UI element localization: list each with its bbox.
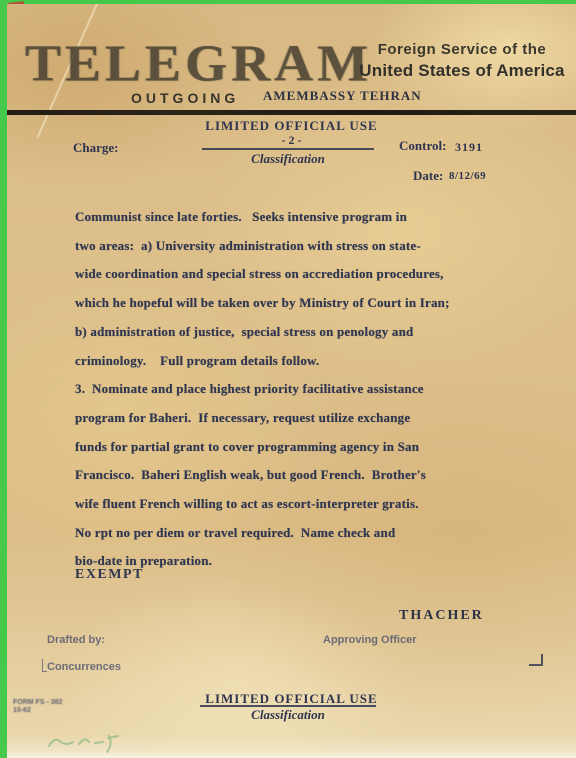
service-line-1: Foreign Service of the: [349, 40, 575, 60]
approving-officer-label: Approving Officer: [323, 634, 417, 646]
control-number: 3191: [455, 140, 483, 155]
body-line: two areas: a) University administration …: [75, 232, 545, 261]
classification-block-top: LIMITED OFFICIAL USE - 2 -: [179, 118, 404, 148]
body-line: bio-date in preparation.: [75, 547, 545, 576]
service-line-2: United States of America: [349, 60, 575, 82]
drafted-by-label: Drafted by:: [47, 634, 105, 646]
telegram-scan-page: TELEGRAM Foreign Service of the United S…: [0, 0, 576, 758]
concurrences-label: Concurrences: [47, 661, 121, 673]
classification-caption-top: Classification: [202, 151, 374, 167]
body-line: No rpt no per diem or travel required. N…: [75, 519, 545, 548]
body-line: criminology. Full program details follow…: [75, 347, 545, 376]
body-line: program for Baheri. If necessary, reques…: [75, 404, 545, 433]
origin-embassy-label: AMEMBASSY TEHRAN: [263, 88, 422, 104]
body-line: Communist since late forties. Seeks inte…: [75, 203, 545, 232]
signature-name: THACHER: [399, 608, 484, 624]
body-line: wide coordination and special stress on …: [75, 260, 545, 289]
date-value: 8/12/69: [449, 170, 486, 182]
direction-label: OUTGOING: [131, 90, 239, 106]
body-line: which he hopeful will be taken over by M…: [75, 289, 545, 318]
body-line: funds for partial grant to cover program…: [75, 433, 545, 462]
exempt-stamp: EXEMPT: [75, 567, 144, 583]
charge-label: Charge:: [73, 140, 119, 156]
telegram-paper: TELEGRAM Foreign Service of the United S…: [7, 4, 576, 758]
corner-crop-mark: [529, 654, 543, 666]
date-label: Date:: [413, 168, 443, 184]
header-rule: [7, 110, 576, 115]
page-number: - 2 -: [179, 133, 404, 148]
body-line: b) administration of justice, special st…: [75, 318, 545, 347]
classification-caption-bottom: Classification: [200, 707, 376, 723]
form-number-line-1: FORM FS - 382: [13, 699, 62, 707]
foreign-service-header: Foreign Service of the United States of …: [349, 40, 575, 82]
body-line: Francisco. Baheri English weak, but good…: [75, 461, 545, 490]
telegram-stamp-title: TELEGRAM: [25, 33, 372, 93]
body-line: wife fluent French willing to act as esc…: [75, 490, 545, 519]
control-label: Control:: [399, 138, 446, 154]
telegram-body-text: Communist since late forties. Seeks inte…: [75, 203, 545, 576]
body-line: 3. Nominate and place highest priority f…: [75, 375, 545, 404]
form-number-line-2: 10-62: [13, 707, 62, 715]
classification-rule-top: [202, 148, 374, 150]
form-number: FORM FS - 382 10-62: [13, 699, 62, 715]
classification-label-top: LIMITED OFFICIAL USE: [179, 118, 404, 134]
paper-bottom-edge: [7, 751, 576, 758]
